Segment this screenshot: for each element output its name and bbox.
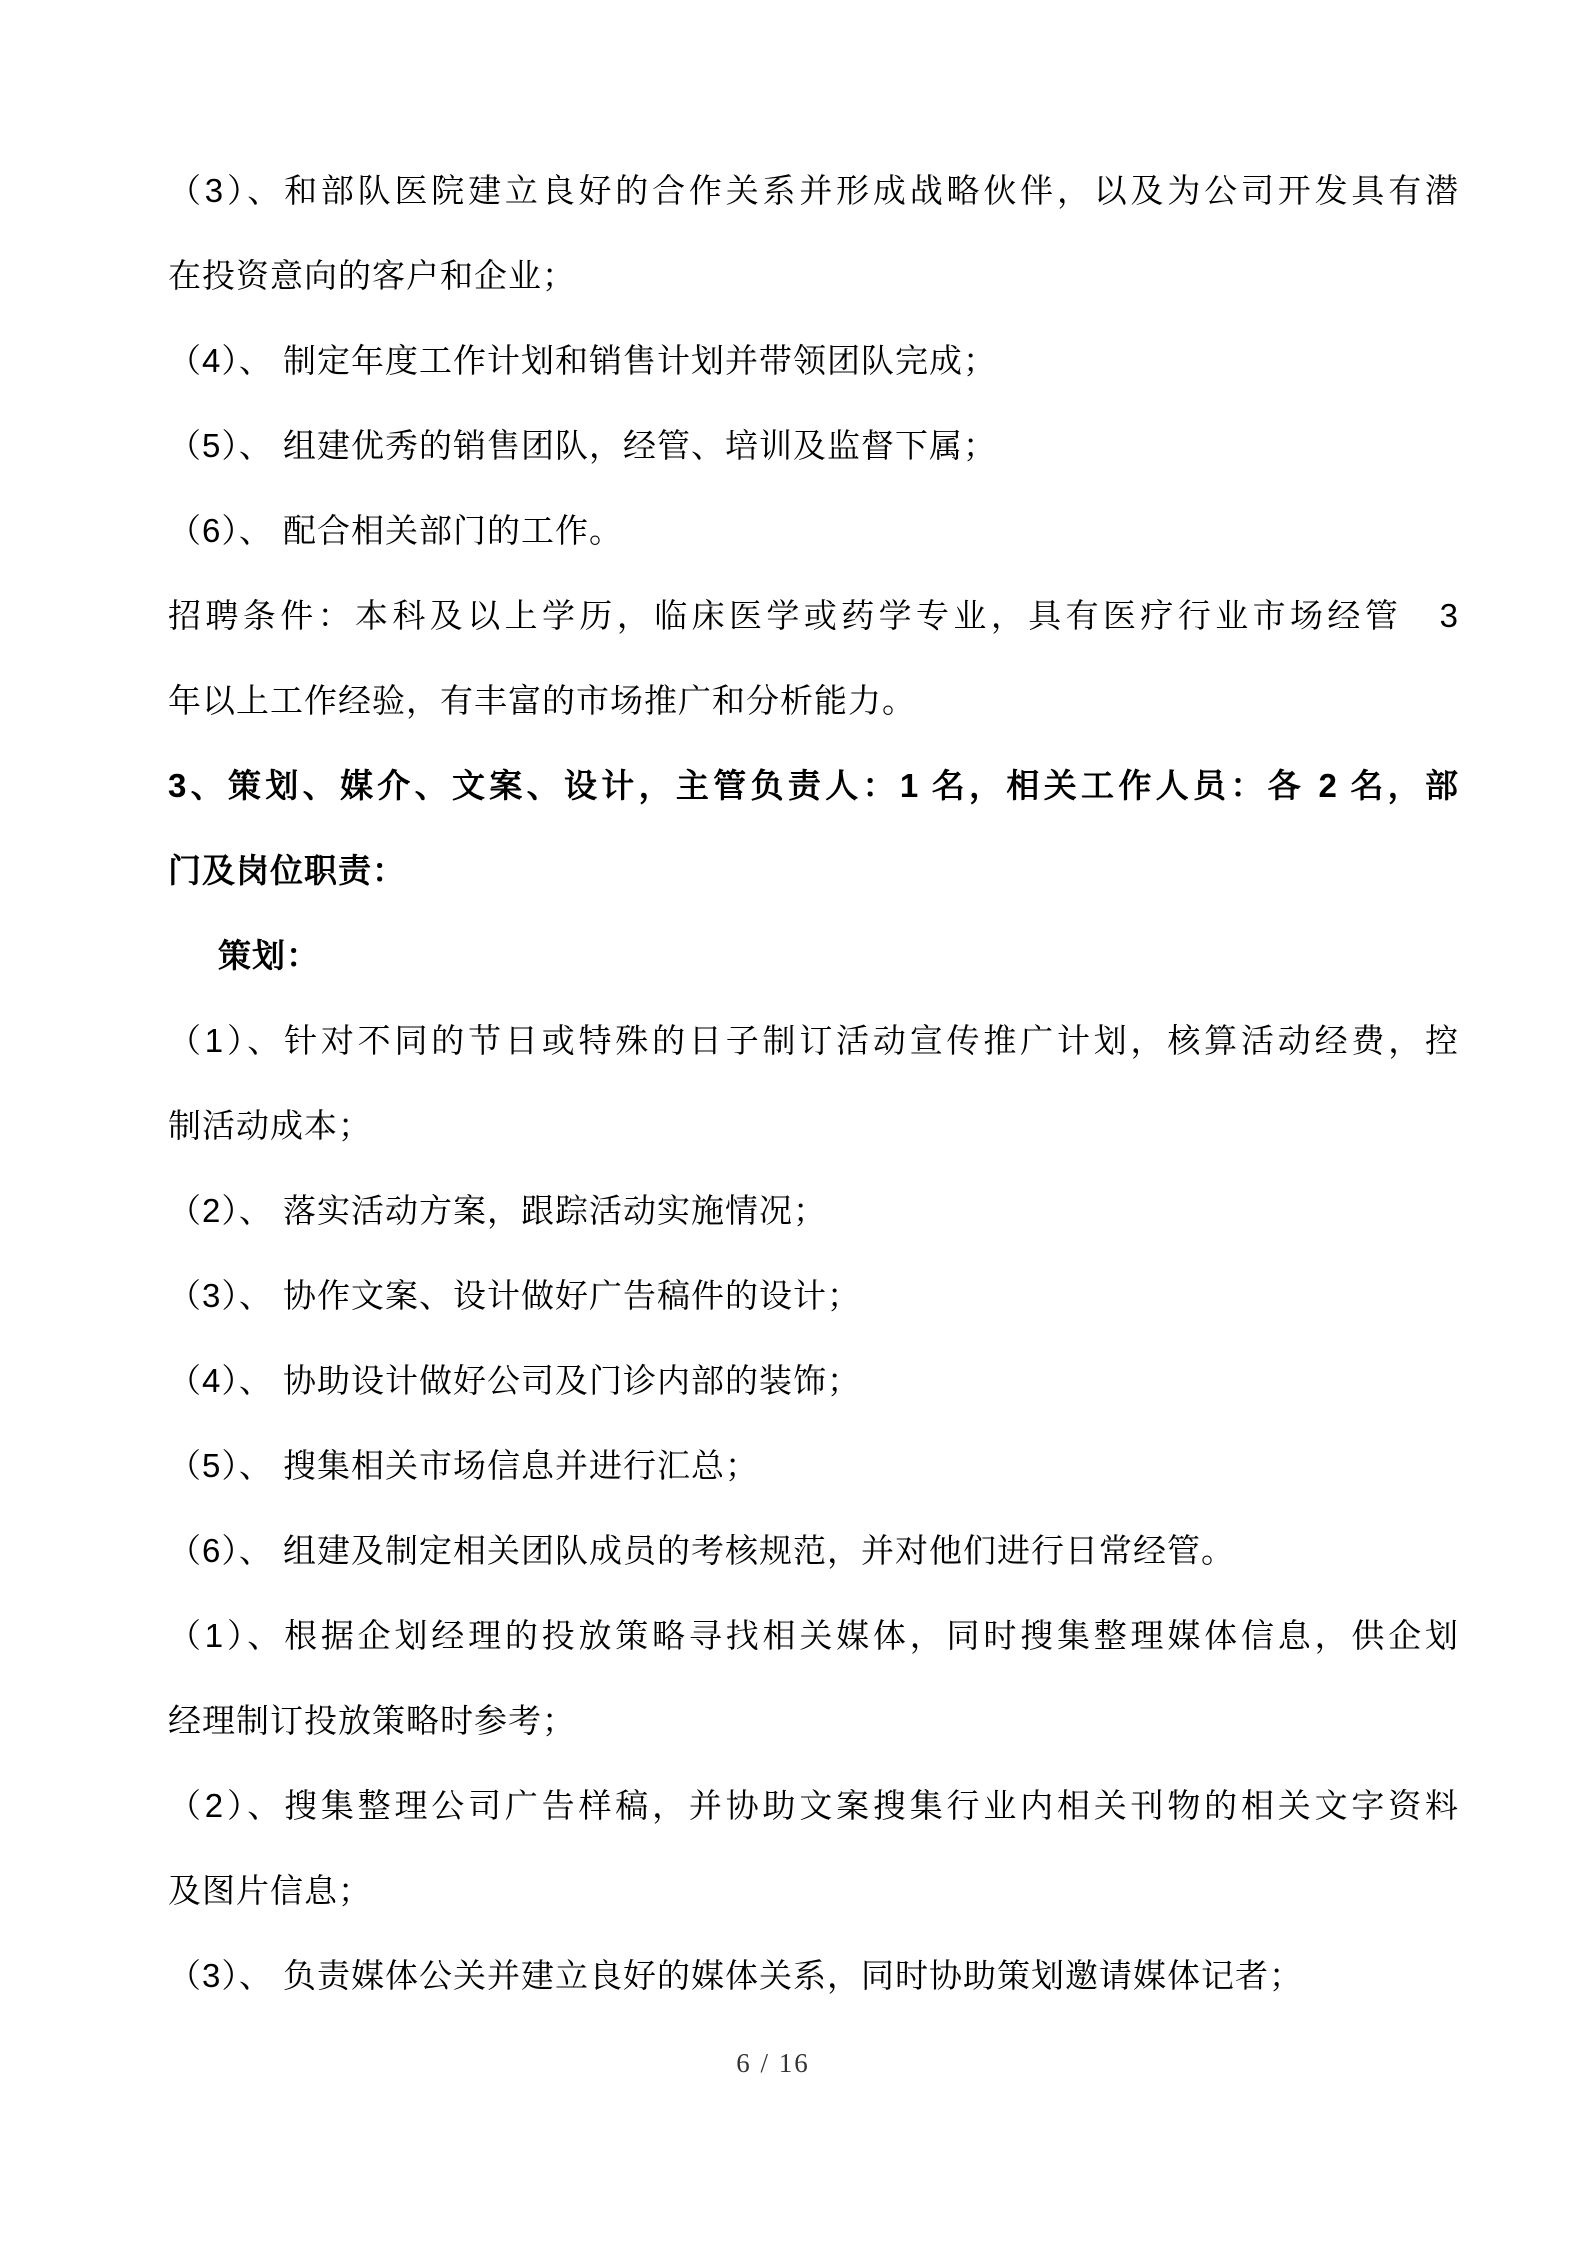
- body-line: （4）、 制定年度工作计划和销售计划并带领团队完成；: [168, 318, 1458, 403]
- heading-line: 3、策划、媒介、文案、设计，主管负责人：1 名，相关工作人员：各 2 名，部: [168, 743, 1458, 828]
- body-line: （3）、 负责媒体公关并建立良好的媒体关系，同时协助策划邀请媒体记者；: [168, 1933, 1458, 2018]
- document-body: （3）、和部队医院建立良好的合作关系并形成战略伙伴，以及为公司开发具有潜在投资意…: [0, 0, 1586, 2018]
- body-line: 在投资意向的客户和企业；: [168, 233, 1458, 318]
- body-line: （3）、 协作文案、设计做好广告稿件的设计；: [168, 1253, 1458, 1338]
- body-line: （4）、 协助设计做好公司及门诊内部的装饰；: [168, 1338, 1458, 1423]
- heading-line: 策划：: [168, 913, 1458, 998]
- body-line: 经理制订投放策略时参考；: [168, 1678, 1458, 1763]
- body-line: （1）、针对不同的节日或特殊的日子制订活动宣传推广计划，核算活动经费，控: [168, 998, 1458, 1083]
- page-number: 6 / 16: [0, 2048, 1546, 2079]
- body-line: （6）、 配合相关部门的工作。: [168, 488, 1458, 573]
- body-line: （1）、根据企划经理的投放策略寻找相关媒体，同时搜集整理媒体信息，供企划: [168, 1593, 1458, 1678]
- body-line: （5）、 搜集相关市场信息并进行汇总；: [168, 1423, 1458, 1508]
- body-line: （2）、 落实活动方案，跟踪活动实施情况；: [168, 1168, 1458, 1253]
- body-line: 招聘条件：本科及以上学历，临床医学或药学专业，具有医疗行业市场经管 3: [168, 573, 1458, 658]
- body-line: 制活动成本；: [168, 1083, 1458, 1168]
- body-line: （3）、和部队医院建立良好的合作关系并形成战略伙伴，以及为公司开发具有潜: [168, 148, 1458, 233]
- body-line: （6）、 组建及制定相关团队成员的考核规范，并对他们进行日常经管。: [168, 1508, 1458, 1593]
- body-line: （2）、搜集整理公司广告样稿，并协助文案搜集行业内相关刊物的相关文字资料: [168, 1763, 1458, 1848]
- body-line: 年以上工作经验，有丰富的市场推广和分析能力。: [168, 658, 1458, 743]
- heading-line: 门及岗位职责：: [168, 828, 1458, 913]
- body-line: （5）、 组建优秀的销售团队，经管、培训及监督下属；: [168, 403, 1458, 488]
- body-line: 及图片信息；: [168, 1848, 1458, 1933]
